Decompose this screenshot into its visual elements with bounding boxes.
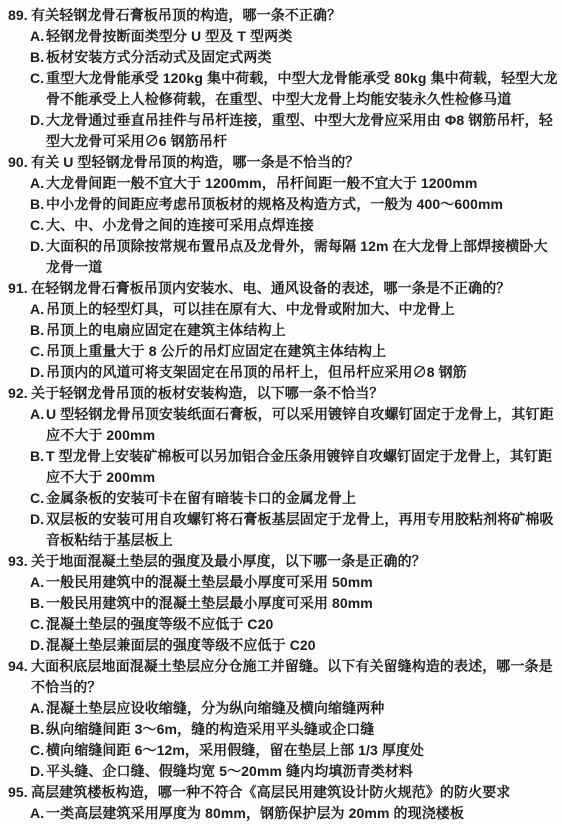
question: 95. 高层建筑楼板构造，哪一种不符合《高层民用建筑设计防火规范》的防火要求 A… (8, 782, 560, 824)
option-text: 横向缩缝间距 6～12m，采用假缝，留在垫层上部 1/3 厚度处 (46, 740, 560, 761)
question-number: 90. (8, 152, 31, 173)
question-number: 91. (8, 278, 31, 299)
option-list: A. 大龙骨间距一般不宜大于 1200mm，吊杆间距一般不宜大于 1200mm … (8, 173, 560, 278)
option-text: 吊顶上的轻型灯具，可以挂在原有大、中龙骨或附加大、中龙骨上 (46, 299, 560, 320)
question-stem-line: 91. 在轻钢龙骨石膏板吊顶内安装水、电、通风设备的表述，哪一条是不正确的？ (8, 278, 560, 299)
option-label: C. (30, 68, 46, 89)
option-label: A. (30, 173, 46, 194)
option-label: B. (30, 719, 46, 740)
option-text: T 型龙骨上安装矿棉板可以另加铝合金压条用镀锌自攻螺钉固定于龙骨上，其钉距应不大… (46, 446, 560, 488)
answer-option: D. 双层板的安装可用自攻螺钉将石膏板基层固定于龙骨上，再用专用胶粘剂将矿棉吸音… (8, 509, 560, 551)
question-stem: 高层建筑楼板构造，哪一种不符合《高层民用建筑设计防火规范》的防火要求 (31, 782, 560, 803)
question: 93. 关于地面混凝土垫层的强度及最小厚度，以下哪一条是正确的？ A. 一般民用… (8, 551, 560, 656)
option-text: 重型大龙骨能承受 120kg 集中荷载，中型大龙骨能承受 80kg 集中荷载，轻… (46, 68, 560, 110)
question: 92. 关于轻钢龙骨吊顶的板材安装构造，以下哪一条不恰当？ A. U 型轻钢龙骨… (8, 383, 560, 551)
option-label: C. (30, 215, 46, 236)
option-label: C. (30, 614, 46, 635)
option-text: 一般民用建筑中的混凝土垫层最小厚度可采用 80mm (46, 593, 560, 614)
answer-option: B. 板材安装方式分活动式及固定式两类 (8, 47, 560, 68)
question-stem: 有关 U 型轻钢龙骨吊顶的构造，哪一条是不恰当的？ (31, 152, 560, 173)
answer-option: D. 平头缝、企口缝、假缝均宽 5～20mm 缝内均填沥青类材料 (8, 761, 560, 782)
answer-option: A. 大龙骨间距一般不宜大于 1200mm，吊杆间距一般不宜大于 1200mm (8, 173, 560, 194)
option-text: 平头缝、企口缝、假缝均宽 5～20mm 缝内均填沥青类材料 (46, 761, 560, 782)
option-text: 吊顶上的电扇应固定在建筑主体结构上 (46, 320, 560, 341)
option-list: A. 混凝土垫层应设收缩缝，分为纵向缩缝及横向缩缝两种 B. 纵向缩缝间距 3～… (8, 698, 560, 782)
answer-option: B. 纵向缩缝间距 3～6m，缝的构造采用平头缝或企口缝 (8, 719, 560, 740)
option-label: A. (30, 698, 46, 719)
question-stem-line: 94. 大面积底层地面混凝土垫层应分仓施工并留缝。以下有关留缝构造的表述，哪一条… (8, 656, 560, 698)
option-list: A. 一般民用建筑中的混凝土垫层最小厚度可采用 50mm B. 一般民用建筑中的… (8, 572, 560, 656)
option-label: B. (30, 47, 46, 68)
option-text: 大龙骨通过垂直吊挂件与吊杆连接，重型、中型大龙骨应采用由 Φ8 钢筋吊杆，轻型大… (46, 110, 560, 152)
option-label: C. (30, 341, 46, 362)
answer-option: C. 混凝土垫层的强度等级不应低于 C20 (8, 614, 560, 635)
option-text: 混凝土垫层的强度等级不应低于 C20 (46, 614, 560, 635)
option-text: 大、中、小龙骨之间的连接可采用点焊连接 (46, 215, 560, 236)
answer-option: A. 混凝土垫层应设收缩缝，分为纵向缩缝及横向缩缝两种 (8, 698, 560, 719)
question-stem: 大面积底层地面混凝土垫层应分仓施工并留缝。以下有关留缝构造的表述，哪一条是不恰当… (31, 656, 560, 698)
question: 89. 有关轻钢龙骨石膏板吊顶的构造，哪一条不正确？ A. 轻钢龙骨按断面类型分… (8, 5, 560, 152)
option-label: B. (30, 320, 46, 341)
question-stem: 关于轻钢龙骨吊顶的板材安装构造，以下哪一条不恰当？ (31, 383, 560, 404)
option-label: D. (30, 761, 46, 782)
answer-option: C. 横向缩缝间距 6～12m，采用假缝，留在垫层上部 1/3 厚度处 (8, 740, 560, 761)
option-text: 大龙骨间距一般不宜大于 1200mm，吊杆间距一般不宜大于 1200mm (46, 173, 560, 194)
option-label: A. (30, 803, 46, 824)
answer-option: D. 大面积的吊顶除按常规布置吊点及龙骨外，需每隔 12m 在大龙骨上部焊接横卧… (8, 236, 560, 278)
option-label: D. (30, 110, 46, 131)
answer-option: D. 混凝土垫层兼面层的强度等级不应低于 C20 (8, 635, 560, 656)
option-text: 双层板的安装可用自攻螺钉将石膏板基层固定于龙骨上，再用专用胶粘剂将矿棉吸音板粘结… (46, 509, 560, 551)
answer-option: A. U 型轻钢龙骨吊顶安装纸面石膏板，可以采用镀锌自攻螺钉固定于龙骨上，其钉距… (8, 404, 560, 446)
question: 94. 大面积底层地面混凝土垫层应分仓施工并留缝。以下有关留缝构造的表述，哪一条… (8, 656, 560, 782)
answer-option: C. 金属条板的安装可卡在留有暗装卡口的金属龙骨上 (8, 488, 560, 509)
option-text: 一般民用建筑中的混凝土垫层最小厚度可采用 50mm (46, 572, 560, 593)
question-number: 92. (8, 383, 31, 404)
option-label: C. (30, 488, 46, 509)
option-text: 板材安装方式分活动式及固定式两类 (46, 47, 560, 68)
answer-option: D. 吊顶内的风道可将支架固定在吊顶的吊杆上，但吊杆应采用∅8 钢筋 (8, 362, 560, 383)
option-label: D. (30, 509, 46, 530)
question-number: 93. (8, 551, 31, 572)
question-stem-line: 89. 有关轻钢龙骨石膏板吊顶的构造，哪一条不正确？ (8, 5, 560, 26)
question-stem: 关于地面混凝土垫层的强度及最小厚度，以下哪一条是正确的？ (31, 551, 560, 572)
question-stem: 有关轻钢龙骨石膏板吊顶的构造，哪一条不正确？ (31, 5, 560, 26)
option-label: A. (30, 299, 46, 320)
answer-option: A. 吊顶上的轻型灯具，可以挂在原有大、中龙骨或附加大、中龙骨上 (8, 299, 560, 320)
option-label: C. (30, 740, 46, 761)
question: 90. 有关 U 型轻钢龙骨吊顶的构造，哪一条是不恰当的？ A. 大龙骨间距一般… (8, 152, 560, 278)
question: 91. 在轻钢龙骨石膏板吊顶内安装水、电、通风设备的表述，哪一条是不正确的？ A… (8, 278, 560, 383)
answer-option: A. 一类高层建筑采用厚度为 80mm，钢筋保护层为 20mm 的现浇楼板 (8, 803, 560, 824)
option-text: 吊顶内的风道可将支架固定在吊顶的吊杆上，但吊杆应采用∅8 钢筋 (46, 362, 560, 383)
option-text: 混凝土垫层应设收缩缝，分为纵向缩缝及横向缩缝两种 (46, 698, 560, 719)
option-label: A. (30, 404, 46, 425)
option-text: 一类高层建筑采用厚度为 80mm，钢筋保护层为 20mm 的现浇楼板 (46, 803, 560, 824)
option-label: B. (30, 593, 46, 614)
question-list: 89. 有关轻钢龙骨石膏板吊顶的构造，哪一条不正确？ A. 轻钢龙骨按断面类型分… (8, 5, 560, 824)
exam-page: 89. 有关轻钢龙骨石膏板吊顶的构造，哪一条不正确？ A. 轻钢龙骨按断面类型分… (0, 0, 562, 824)
option-text: 中小龙骨的间距应考虑吊顶板材的规格及构造方式，一般为 400～600mm (46, 194, 560, 215)
option-label: B. (30, 194, 46, 215)
option-list: A. U 型轻钢龙骨吊顶安装纸面石膏板，可以采用镀锌自攻螺钉固定于龙骨上，其钉距… (8, 404, 560, 551)
option-label: D. (30, 362, 46, 383)
answer-option: B. 吊顶上的电扇应固定在建筑主体结构上 (8, 320, 560, 341)
option-list: A. 轻钢龙骨按断面类型分 U 型及 T 型两类 B. 板材安装方式分活动式及固… (8, 26, 560, 152)
question-number: 89. (8, 5, 31, 26)
answer-option: C. 重型大龙骨能承受 120kg 集中荷载，中型大龙骨能承受 80kg 集中荷… (8, 68, 560, 110)
question-stem-line: 92. 关于轻钢龙骨吊顶的板材安装构造，以下哪一条不恰当？ (8, 383, 560, 404)
question-stem-line: 90. 有关 U 型轻钢龙骨吊顶的构造，哪一条是不恰当的？ (8, 152, 560, 173)
answer-option: B. 中小龙骨的间距应考虑吊顶板材的规格及构造方式，一般为 400～600mm (8, 194, 560, 215)
answer-option: A. 一般民用建筑中的混凝土垫层最小厚度可采用 50mm (8, 572, 560, 593)
question-stem-line: 93. 关于地面混凝土垫层的强度及最小厚度，以下哪一条是正确的？ (8, 551, 560, 572)
question-number: 95. (8, 782, 31, 803)
answer-option: B. T 型龙骨上安装矿棉板可以另加铝合金压条用镀锌自攻螺钉固定于龙骨上，其钉距… (8, 446, 560, 488)
answer-option: C. 吊顶上重量大于 8 公斤的吊灯应固定在建筑主体结构上 (8, 341, 560, 362)
answer-option: D. 大龙骨通过垂直吊挂件与吊杆连接，重型、中型大龙骨应采用由 Φ8 钢筋吊杆，… (8, 110, 560, 152)
option-text: 大面积的吊顶除按常规布置吊点及龙骨外，需每隔 12m 在大龙骨上部焊接横卧大龙骨… (46, 236, 560, 278)
question-stem: 在轻钢龙骨石膏板吊顶内安装水、电、通风设备的表述，哪一条是不正确的？ (31, 278, 560, 299)
option-list: A. 吊顶上的轻型灯具，可以挂在原有大、中龙骨或附加大、中龙骨上 B. 吊顶上的… (8, 299, 560, 383)
question-stem-line: 95. 高层建筑楼板构造，哪一种不符合《高层民用建筑设计防火规范》的防火要求 (8, 782, 560, 803)
option-label: D. (30, 236, 46, 257)
option-text: 混凝土垫层兼面层的强度等级不应低于 C20 (46, 635, 560, 656)
option-text: 轻钢龙骨按断面类型分 U 型及 T 型两类 (46, 26, 560, 47)
option-text: 金属条板的安装可卡在留有暗装卡口的金属龙骨上 (46, 488, 560, 509)
option-text: U 型轻钢龙骨吊顶安装纸面石膏板，可以采用镀锌自攻螺钉固定于龙骨上，其钉距应不大… (46, 404, 560, 446)
answer-option: C. 大、中、小龙骨之间的连接可采用点焊连接 (8, 215, 560, 236)
option-label: D. (30, 635, 46, 656)
option-text: 吊顶上重量大于 8 公斤的吊灯应固定在建筑主体结构上 (46, 341, 560, 362)
option-label: B. (30, 446, 46, 467)
option-list: A. 一类高层建筑采用厚度为 80mm，钢筋保护层为 20mm 的现浇楼板 (8, 803, 560, 824)
option-text: 纵向缩缝间距 3～6m，缝的构造采用平头缝或企口缝 (46, 719, 560, 740)
question-number: 94. (8, 656, 31, 677)
answer-option: A. 轻钢龙骨按断面类型分 U 型及 T 型两类 (8, 26, 560, 47)
option-label: A. (30, 26, 46, 47)
option-label: A. (30, 572, 46, 593)
answer-option: B. 一般民用建筑中的混凝土垫层最小厚度可采用 80mm (8, 593, 560, 614)
